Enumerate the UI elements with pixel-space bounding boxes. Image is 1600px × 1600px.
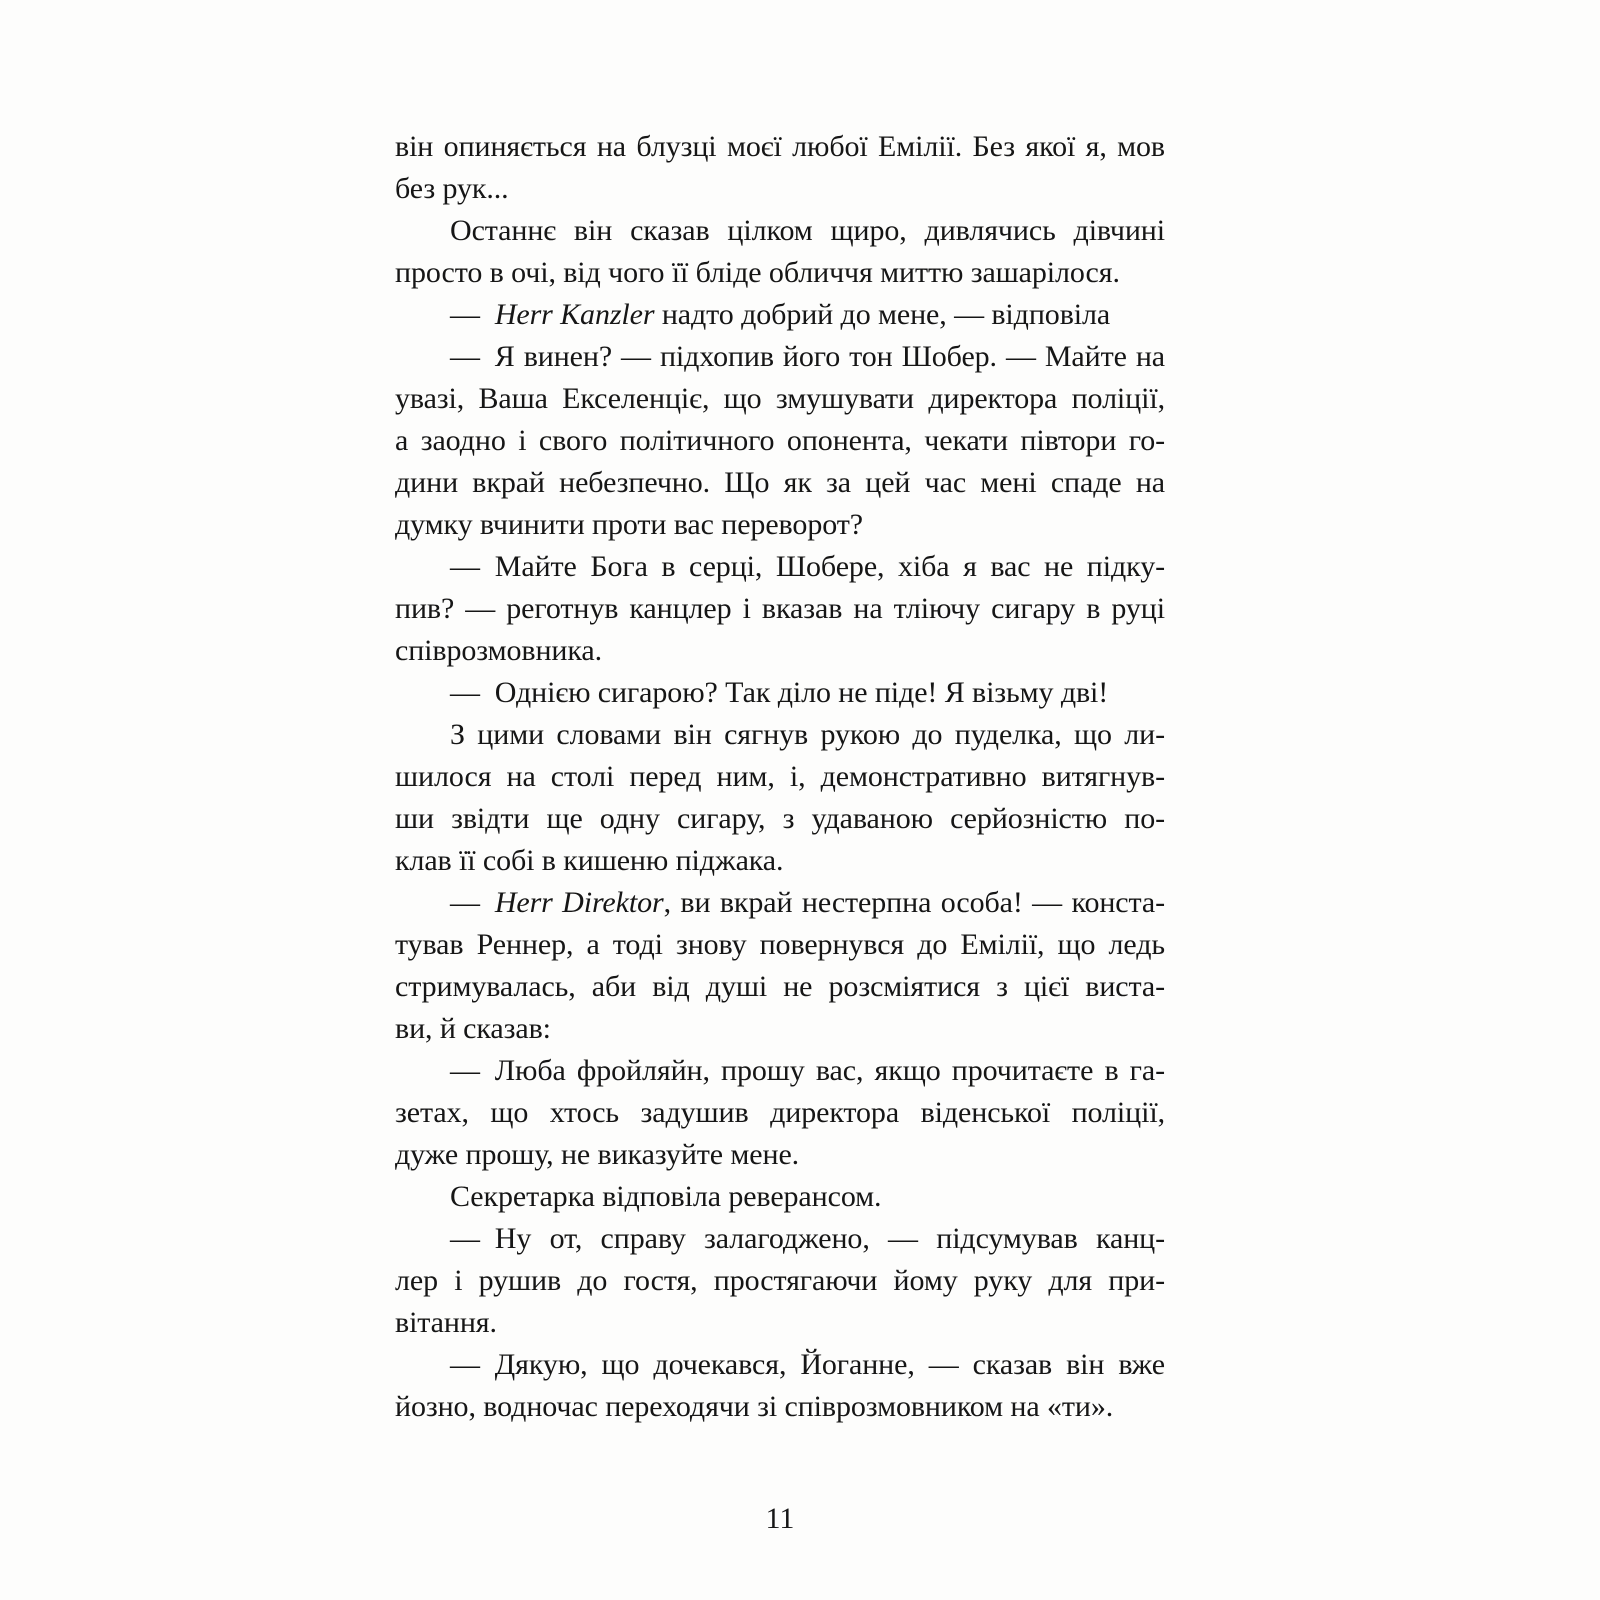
text-segment: увазі, Ваша Екселенціє, що змушувати дир… (395, 382, 1165, 415)
paragraph: — Herr Direktor, ви вкрай нестерпна особ… (395, 882, 1165, 1050)
paragraph: — Herr Kanzler надто добрий до мене, — в… (395, 294, 1165, 336)
text-line: — Ну от, справу залагоджено, — підсумува… (395, 1218, 1165, 1260)
text-line: йозно, водночас переходячи зі співрозмов… (395, 1386, 1165, 1428)
text-segment: а заодно і свого політичного опонента, ч… (395, 424, 1165, 457)
text-segment: лер і рушив до гостя, простягаючи йому р… (395, 1264, 1165, 1297)
text-segment: — Майте Бога в серці, Шобере, хіба я вас… (450, 550, 1165, 583)
text-segment: дини вкрай небезпечно. Що як за цей час … (395, 466, 1165, 499)
text-line: — Дякую, що дочекався, Йоганне, — сказав… (395, 1344, 1165, 1386)
text-segment: пив? — реготнув канцлер і вказав на тлію… (395, 592, 1165, 625)
text-line: — Люба фройляйн, прошу вас, якщо прочита… (395, 1050, 1165, 1092)
foreign-phrase: Herr Direktor (495, 886, 664, 919)
paragraph: Секретарка відповіла реверансом. (395, 1176, 1165, 1218)
text-segment: — Однією сигарою? Так діло не піде! Я ві… (450, 676, 1108, 709)
text-segment: просто в очі, від чого її бліде обличчя … (395, 256, 1120, 289)
text-segment: ви, й сказав: (395, 1012, 551, 1045)
text-segment: — Ну от, справу залагоджено, — підсумува… (450, 1222, 1165, 1255)
text-segment: З цими словами він сягнув рукою до пудел… (450, 718, 1165, 751)
paragraph: він опиняється на блузці моєї любої Еміл… (395, 126, 1165, 210)
paragraph: — Я винен? — підхопив його тон Шобер. — … (395, 336, 1165, 546)
text-segment: — Я винен? — підхопив його тон Шобер. — … (450, 340, 1165, 373)
text-line: стримувалась, аби від душі не розсміятис… (395, 966, 1165, 1008)
text-line: — Herr Direktor, ви вкрай нестерпна особ… (395, 882, 1165, 924)
text-line: думку вчинити проти вас переворот? (395, 504, 1165, 546)
text-segment: вітання. (395, 1306, 497, 1339)
text-line: — Herr Kanzler надто добрий до мене, — в… (395, 294, 1165, 336)
text-line: а заодно і свого політичного опонента, ч… (395, 420, 1165, 462)
text-segment: тував Реннер, а тоді знову повернувся до… (395, 928, 1165, 961)
text-line: пив? — реготнув канцлер і вказав на тлію… (395, 588, 1165, 630)
text-segment: — (450, 886, 495, 919)
text-line: лер і рушив до гостя, простягаючи йому р… (395, 1260, 1165, 1302)
paragraph: — Люба фройляйн, прошу вас, якщо прочита… (395, 1050, 1165, 1176)
text-segment: він опиняється на блузці моєї любої Еміл… (395, 130, 1165, 163)
text-line: ви, й сказав: (395, 1008, 1165, 1050)
text-segment: Секретарка відповіла реверансом. (450, 1180, 881, 1213)
text-segment: — (450, 298, 495, 331)
text-segment: дуже прошу, не виказуйте мене. (395, 1138, 799, 1171)
book-page: він опиняється на блузці моєї любої Еміл… (0, 0, 1600, 1600)
text-line: вітання. (395, 1302, 1165, 1344)
text-segment: стримувалась, аби від душі не розсміятис… (395, 970, 1165, 1003)
text-line: він опиняється на блузці моєї любої Еміл… (395, 126, 1165, 168)
text-line: — Я винен? — підхопив його тон Шобер. — … (395, 336, 1165, 378)
paragraph: — Дякую, що дочекався, Йоганне, — сказав… (395, 1344, 1165, 1428)
paragraph: — Ну от, справу залагоджено, — підсумува… (395, 1218, 1165, 1344)
text-line: Секретарка відповіла реверансом. (395, 1176, 1165, 1218)
text-segment: — Люба фройляйн, прошу вас, якщо прочита… (450, 1054, 1165, 1087)
text-segment: співрозмовника. (395, 634, 602, 667)
text-line: без рук... (395, 168, 1165, 210)
text-segment: без рук... (395, 172, 509, 205)
text-segment: ши звідти ще одну сигару, з удаваною сер… (395, 802, 1165, 835)
text-segment: , ви вкрай нестерпна особа! — конста- (664, 886, 1165, 919)
text-line: Останнє він сказав цілком щиро, дивлячис… (395, 210, 1165, 252)
text-line: дуже прошу, не виказуйте мене. (395, 1134, 1165, 1176)
text-line: увазі, Ваша Екселенціє, що змушувати дир… (395, 378, 1165, 420)
text-line: шилося на столі перед ним, і, демонстрат… (395, 756, 1165, 798)
text-segment: думку вчинити проти вас переворот? (395, 508, 863, 541)
page-number: 11 (395, 1498, 1165, 1540)
paragraph: — Майте Бога в серці, Шобере, хіба я вас… (395, 546, 1165, 672)
text-segment: шилося на столі перед ним, і, демонстрат… (395, 760, 1165, 793)
text-segment: Останнє він сказав цілком щиро, дивлячис… (450, 214, 1165, 247)
text-block: він опиняється на блузці моєї любої Еміл… (395, 126, 1165, 1428)
text-line: тував Реннер, а тоді знову повернувся до… (395, 924, 1165, 966)
paragraph: — Однією сигарою? Так діло не піде! Я ві… (395, 672, 1165, 714)
text-line: зетах, що хтось задушив директора віденс… (395, 1092, 1165, 1134)
text-line: дини вкрай небезпечно. Що як за цей час … (395, 462, 1165, 504)
text-line: просто в очі, від чого її бліде обличчя … (395, 252, 1165, 294)
text-segment: йозно, водночас переходячи зі співрозмов… (395, 1390, 1113, 1423)
foreign-phrase: Herr Kanzler (495, 298, 655, 331)
text-segment: зетах, що хтось задушив директора віденс… (395, 1096, 1165, 1129)
text-line: — Майте Бога в серці, Шобере, хіба я вас… (395, 546, 1165, 588)
text-line: клав її собі в кишеню піджака. (395, 840, 1165, 882)
paragraph: З цими словами він сягнув рукою до пудел… (395, 714, 1165, 882)
text-segment: — Дякую, що дочекався, Йоганне, — сказав… (395, 1348, 1165, 1386)
text-line: З цими словами він сягнув рукою до пудел… (395, 714, 1165, 756)
text-line: співрозмовника. (395, 630, 1165, 672)
text-line: ши звідти ще одну сигару, з удаваною сер… (395, 798, 1165, 840)
text-segment: клав її собі в кишеню піджака. (395, 844, 783, 877)
text-line: — Однією сигарою? Так діло не піде! Я ві… (395, 672, 1165, 714)
paragraph: Останнє він сказав цілком щиро, дивлячис… (395, 210, 1165, 294)
